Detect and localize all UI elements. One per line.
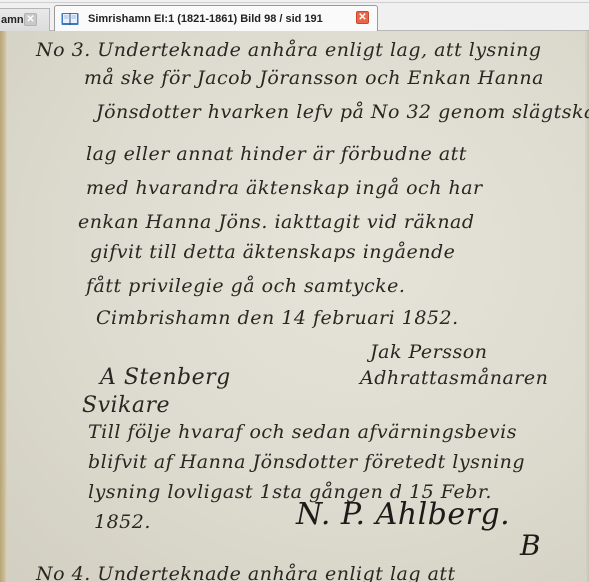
signature-right: Jak Persson xyxy=(370,341,487,363)
document-line: No 3. Underteknade anhåra enligt lag, at… xyxy=(36,39,542,61)
document-line: med hvarandra äktenskap ingå och har xyxy=(86,177,483,199)
signature-left-title: Svikare xyxy=(82,393,170,418)
note-line: 1852. xyxy=(94,511,151,533)
document-line: gifvit till detta äktenskaps ingående xyxy=(90,241,455,263)
page-binding-edge xyxy=(0,31,7,582)
document-line: enkan Hanna Jöns. iakttagit vid räknad xyxy=(78,211,475,233)
tab-bar-border xyxy=(0,2,589,3)
document-line: lag eller annat hinder är förbudne att xyxy=(86,143,467,165)
margin-mark: B xyxy=(520,529,541,562)
signature-left: A Stenberg xyxy=(100,365,231,390)
final-signature: N. P. Ahlberg. xyxy=(296,497,510,532)
document-line: må ske för Jacob Jöransson och Enkan Han… xyxy=(84,67,544,89)
tab-label: amn xyxy=(1,14,24,26)
document-line: Cimbrishamn den 14 februari 1852. xyxy=(96,307,459,329)
book-icon xyxy=(61,12,79,26)
signature-right-title: Adhrattasmånaren xyxy=(360,367,548,389)
document-line: fått privilegie gå och samtycke. xyxy=(86,275,405,297)
next-entry-line: No 4. Underteknade anhåra enligt lag att xyxy=(36,563,456,582)
document-image-viewer[interactable]: No 3. Underteknade anhåra enligt lag, at… xyxy=(0,31,589,582)
note-line: blifvit af Hanna Jönsdotter företedt lys… xyxy=(88,451,525,473)
close-icon[interactable]: ✕ xyxy=(24,13,37,26)
tab-simrishamn[interactable]: Simrishamn EI:1 (1821-1861) Bild 98 / si… xyxy=(54,5,378,31)
tab-label: Simrishamn EI:1 (1821-1861) Bild 98 / si… xyxy=(88,13,323,25)
document-line: Jönsdotter hvarken lefv på No 32 genom s… xyxy=(96,101,589,123)
close-icon[interactable]: ✕ xyxy=(356,11,369,24)
tab-previous[interactable]: amn ✕ xyxy=(0,8,50,31)
tab-bar: amn ✕ Simrishamn EI:1 (1821-1861) Bild 9… xyxy=(0,0,589,31)
note-line: Till följe hvaraf och sedan afvärningsbe… xyxy=(88,421,517,443)
